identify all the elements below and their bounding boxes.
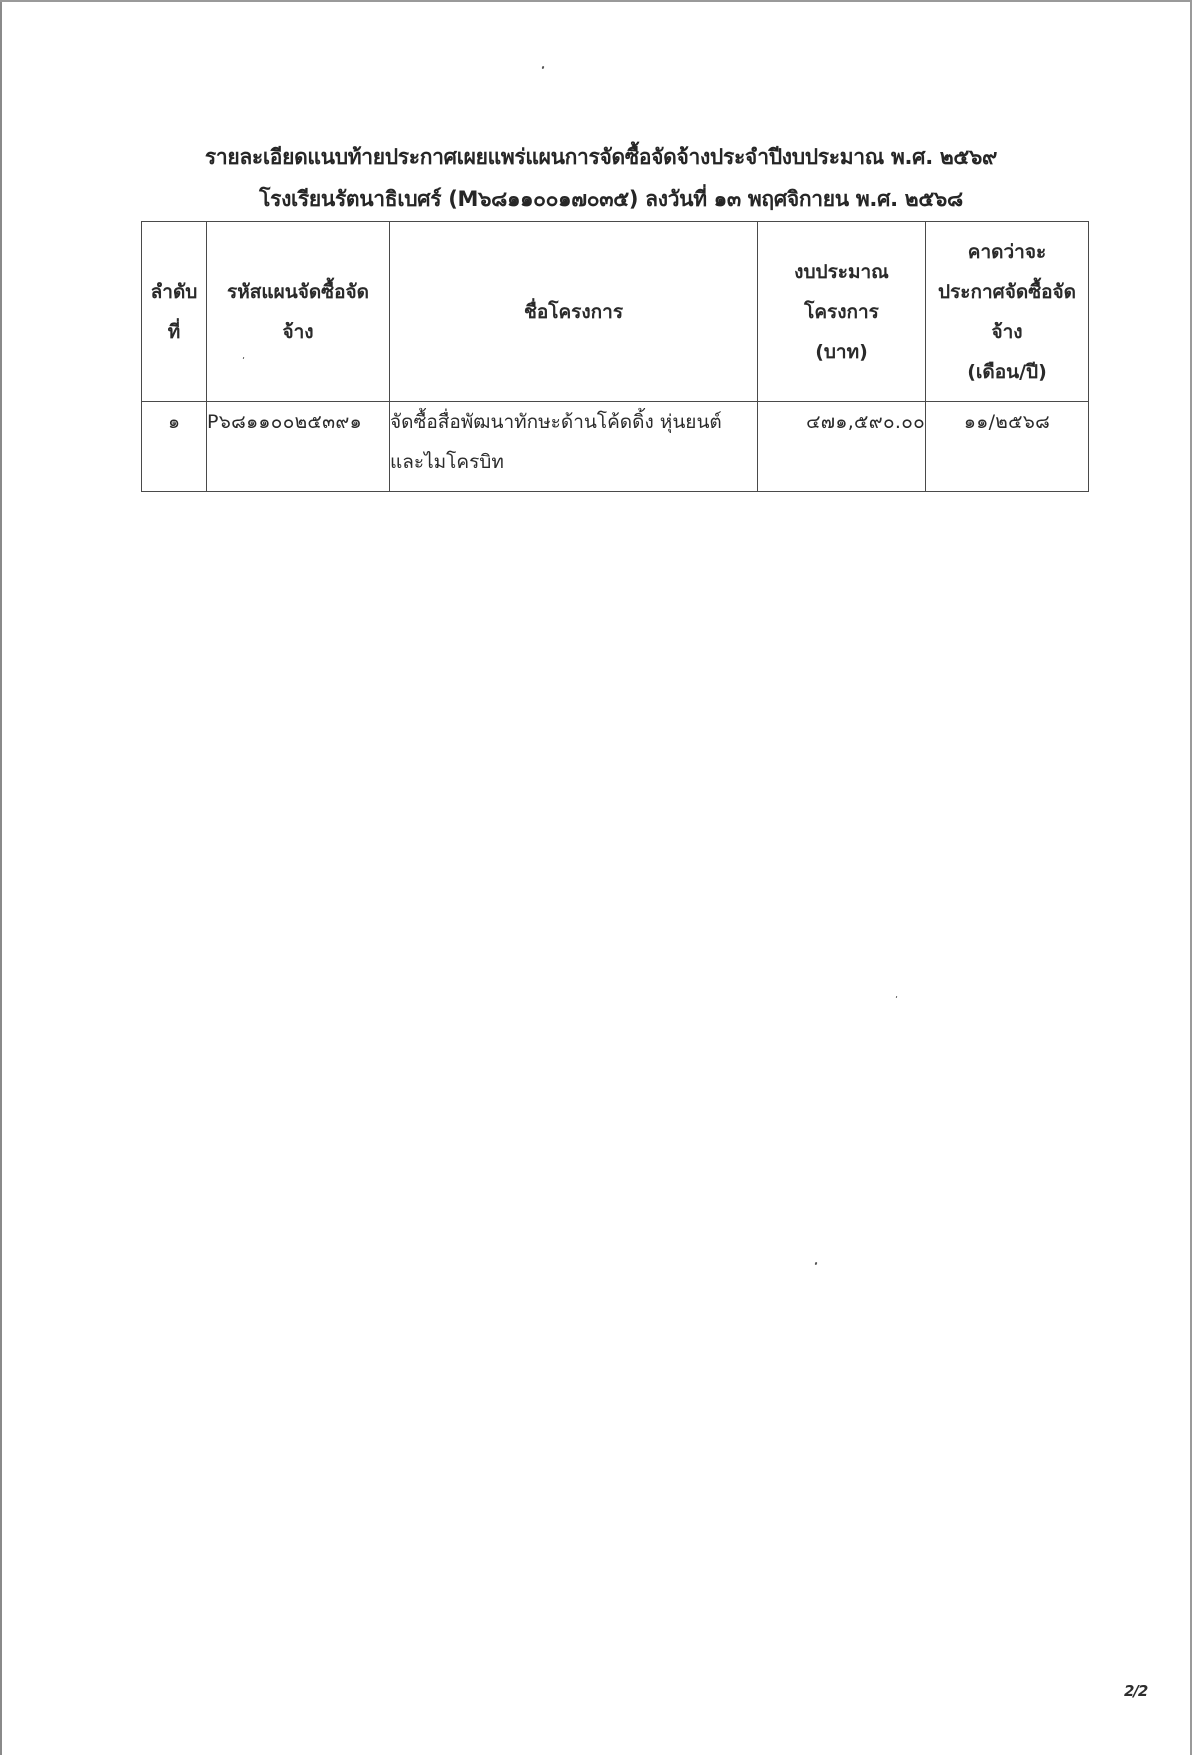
procurement-plan-table: ลำดับ ที่ รหัสแผนจัดซื้อจัด จ้าง ชื่อโคร… [141,221,1089,492]
title-line-2: โรงเรียนรัตนาธิเบศร์ (M๖๘๑๑๐๐๑๗๐๓๕) ลงวั… [0,178,1192,220]
page-edge [0,0,1192,2]
header-project-name: ชื่อโครงการ [390,222,758,402]
header-no: ลำดับ ที่ [142,222,207,402]
header-budget: งบประมาณ โครงการ (บาท) [758,222,926,402]
cell-project-name: จัดซื้อสื่อพัฒนาทักษะด้านโค้ดดิ้ง หุ่นยน… [390,402,758,492]
cell-no: ๑ [142,402,207,492]
scan-speck [896,996,898,998]
scan-speck [542,66,545,70]
header-plan-code: รหัสแผนจัดซื้อจัด จ้าง [207,222,390,402]
cell-plan-code: P๖๘๑๑๐๐๒๕๓๙๑ [207,402,390,492]
page-number: 2/2 [1124,1682,1147,1700]
header-expected-date: คาดว่าจะ ประกาศจัดซื้อจัด จ้าง (เดือน/ปี… [926,222,1089,402]
document-title: รายละเอียดแนบท้ายประกาศเผยแพร่แผนการจัดซ… [0,136,1192,220]
table-header-row: ลำดับ ที่ รหัสแผนจัดซื้อจัด จ้าง ชื่อโคร… [142,222,1089,402]
table-row: ๑ P๖๘๑๑๐๐๒๕๓๙๑ จัดซื้อสื่อพัฒนาทักษะด้าน… [142,402,1089,492]
page-edge [0,0,2,1755]
title-line-1: รายละเอียดแนบท้ายประกาศเผยแพร่แผนการจัดซ… [0,136,1192,178]
cell-expected-date: ๑๑/๒๕๖๘ [926,402,1089,492]
cell-budget: ๔๗๑,๕๙๐.๐๐ [758,402,926,492]
scan-speck [815,1262,818,1266]
